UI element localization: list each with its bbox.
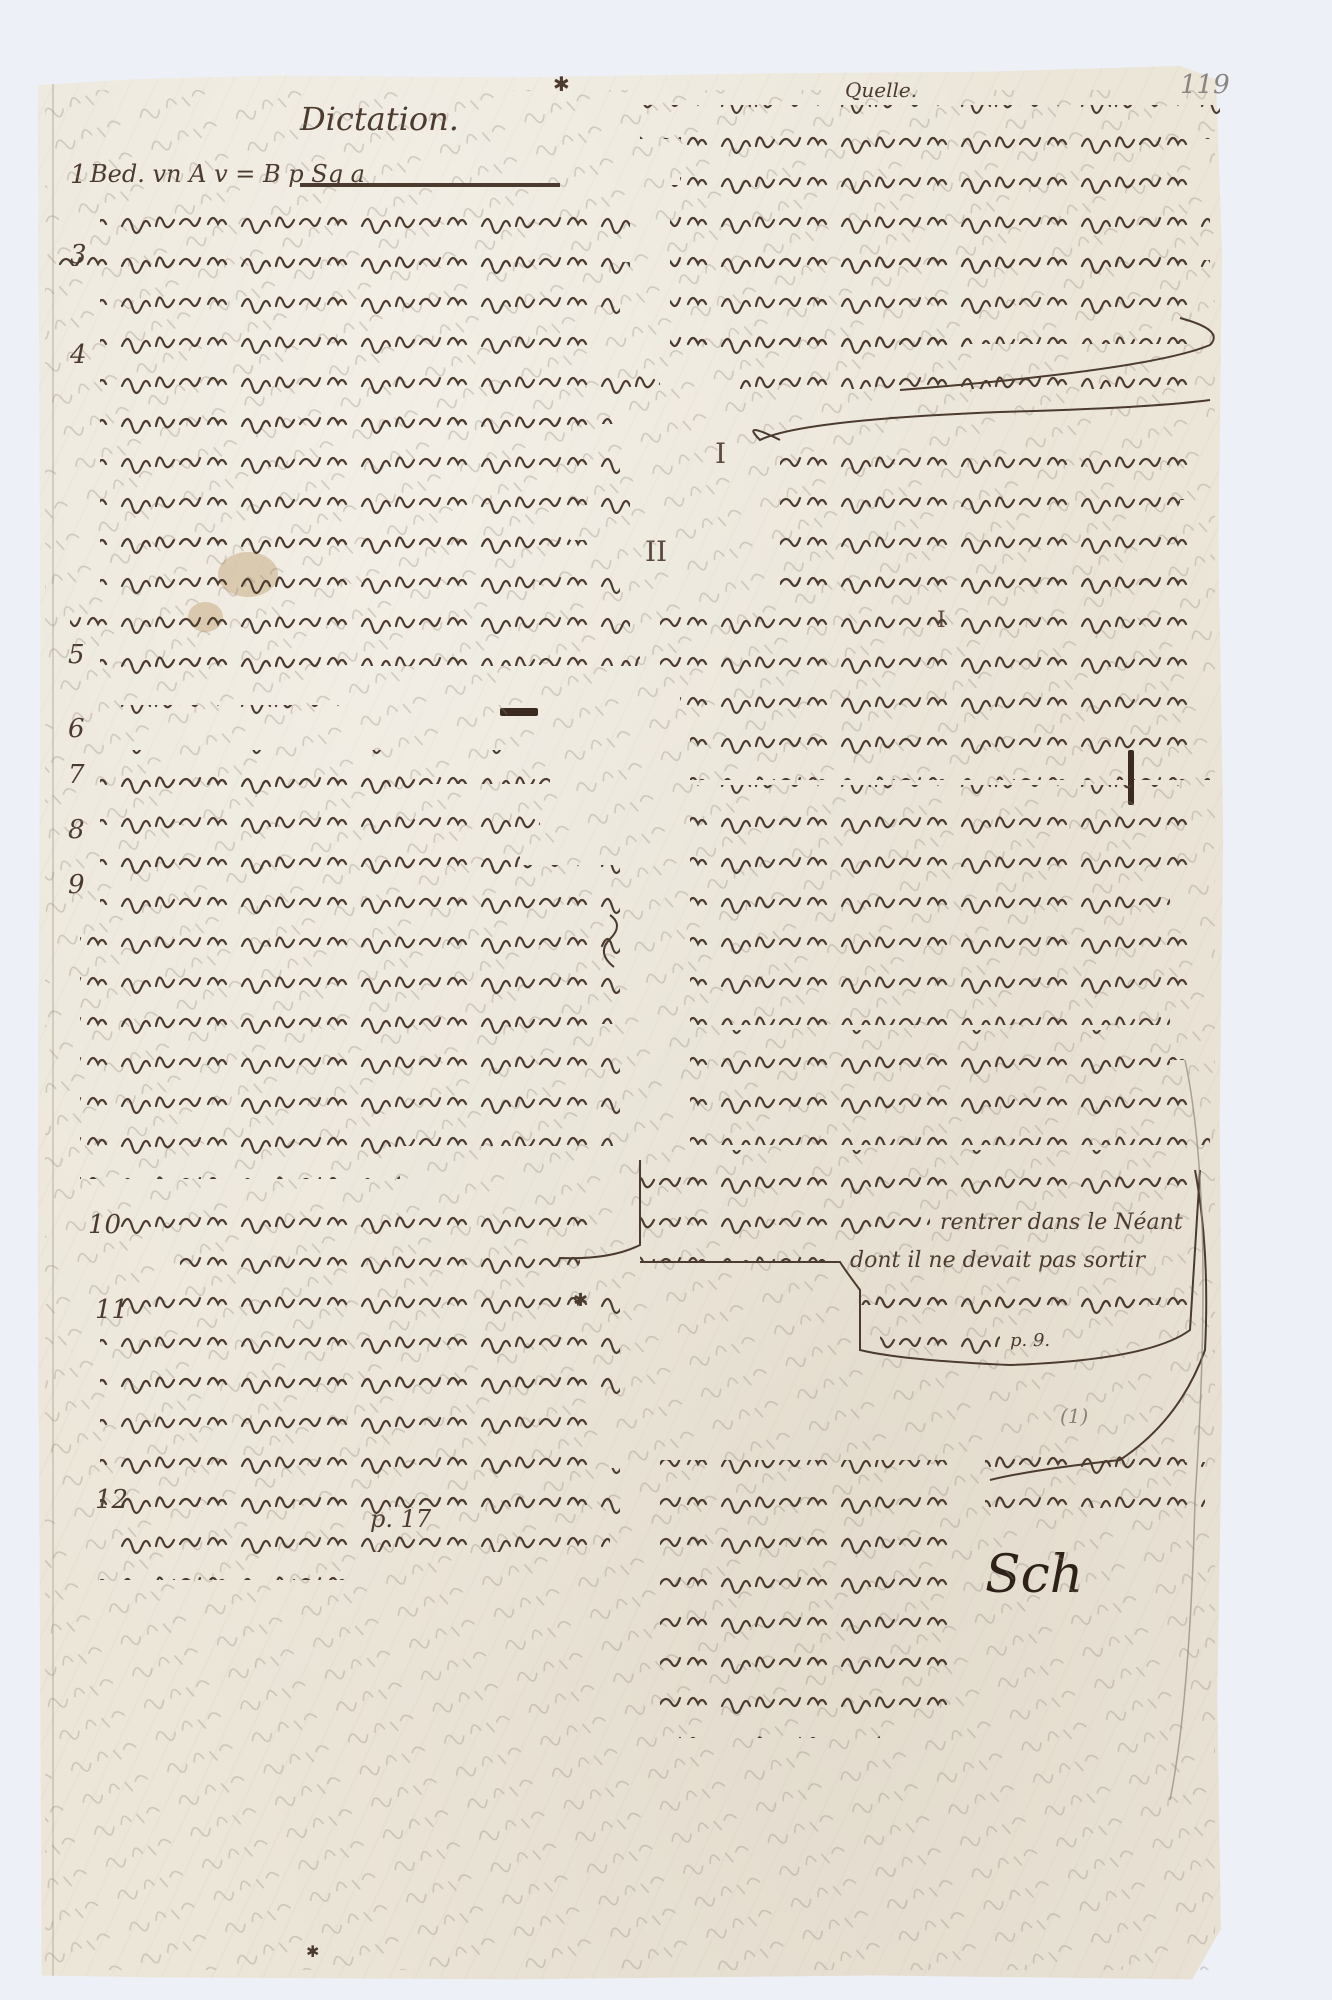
star-mark-note: ✱ [573,1290,588,1311]
handwriting-strokes [0,0,1332,2000]
star-mark-bottom: ✱ [306,1942,319,1961]
